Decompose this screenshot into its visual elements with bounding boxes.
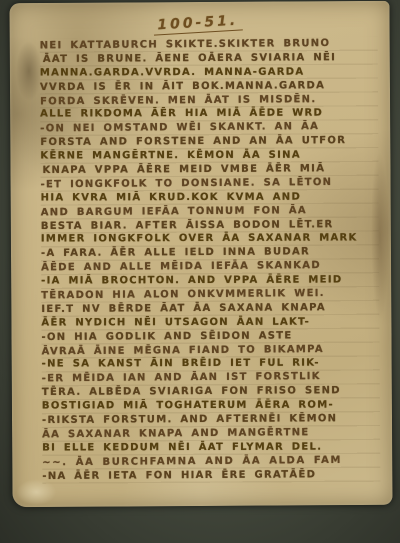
manuscript-line: -NA ĀĒR IETA FON HIAR ĒRE GRATĀĒD [42, 468, 380, 484]
manuscript-line: TĒRADON HIA ALON ONKVMMERLIK WEI. [41, 287, 379, 304]
manuscript-line: MANNA.GARDA.VVRDA. MANNA-GARDA [40, 65, 378, 80]
photograph-background: 100-51. NEI KATTABURCH SKIKTE.SKIKTER BR… [0, 0, 400, 543]
manuscript-line: BOSTIGIAD MIĀ TOGHATERUM ĀĒRA ROM- [42, 399, 380, 414]
manuscript-line: IMMER IONGKFOLK OVER ĀA SAXANAR MARK [41, 232, 379, 247]
manuscript-line: ĀĒR NYDICH NĒI UTSAGON ĀAN LAKT- [41, 315, 379, 330]
manuscript-line: KĒRNE MANGĒRTNE. KĒMON ĀA SINA [40, 148, 378, 163]
manuscript-line: HIA KVRA MIĀ KRUD.KOK KVMA AND [41, 190, 379, 205]
manuscript-line: ĀAT IS BRUNE. ĀENE OĀERA SVIARIA NĒI [40, 51, 378, 67]
paper-stain [16, 41, 42, 101]
manuscript-line: NEI KATTABURCH SKIKTE.SKIKTER BRUNO [40, 37, 378, 54]
manuscript-page: 100-51. NEI KATTABURCH SKIKTE.SKIKTER BR… [9, 1, 392, 507]
manuscript-text: NEI KATTABURCH SKIKTE.SKIKTER BRUNO ĀAT … [40, 37, 381, 493]
manuscript-line: AND BARGUM IEFĀA TONNUM FON ĀA [41, 203, 379, 220]
manuscript-line: ~~. ĀA BURCHFAMNA AND ĀA ALDA FAM [42, 453, 380, 470]
folio-number: 100-51. [153, 12, 243, 35]
manuscript-line: IEF.T NV BĒRDE ĀAT ĀA SAXANA KNAPA [41, 301, 379, 317]
